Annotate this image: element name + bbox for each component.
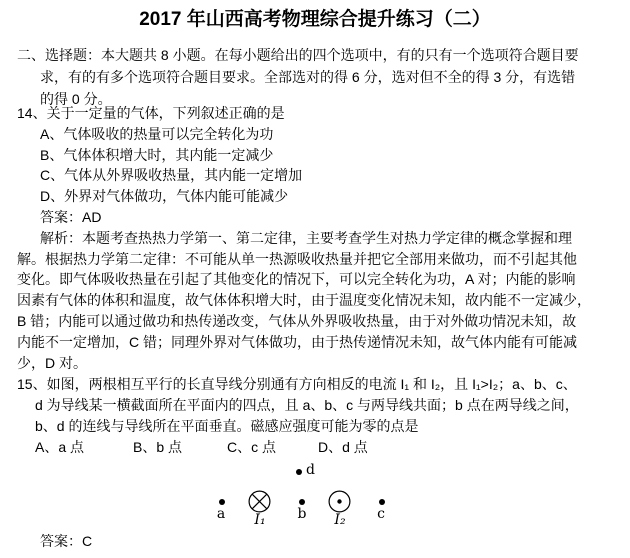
- question-15-option-b: B、b 点: [133, 437, 182, 457]
- question-15-stem-line: b、d 的连线与导线所在平面垂直。磁感应强度可能为零的点是: [0, 416, 630, 437]
- point-b-label: b: [298, 507, 307, 522]
- document-title: 2017 年山西高考物理综合提升练习（二）: [0, 6, 630, 34]
- section-instructions: 二、选择题：本大题共 8 小题。在每小题给出的四个选项中，有的只有一个选项符合题…: [0, 44, 630, 110]
- point-b-dot: [299, 499, 305, 505]
- point-d-dot: [296, 469, 302, 475]
- question-14-option-b: B、气体体积增大时，其内能一定减少: [0, 145, 630, 166]
- question-14-option-a: A、气体吸收的热量可以完全转化为功: [0, 124, 630, 145]
- current-1-label: I₁: [254, 513, 265, 528]
- question-14-answer: 答案：AD: [0, 207, 630, 228]
- exam-document-page: 2017 年山西高考物理综合提升练习（二） 二、选择题：本大题共 8 小题。在每…: [0, 0, 630, 558]
- question-14: 14、关于一定量的气体，下列叙述正确的是 A、气体吸收的热量可以完全转化为功 B…: [0, 103, 630, 373]
- point-d-label: d: [306, 463, 315, 478]
- question-15-stem-line: d 为导线某一横截面所在平面内的四点，且 a、b、c 与两导线共面；b 点在两导…: [0, 395, 630, 416]
- question-14-option-d: D、外界对气体做功，气体内能可能减少: [0, 186, 630, 207]
- question-14-analysis-line: 变化。即气体吸收热量在引起了其他变化的情况下，可以完全转化为功，A 对；内能的影…: [0, 269, 630, 290]
- point-a-label: a: [217, 507, 225, 522]
- instructions-line: 求，有的有多个选项符合题目要求。全部选对的得 6 分，选对但不全的得 3 分，有…: [0, 66, 630, 88]
- question-15-answer: 答案：C: [0, 531, 630, 552]
- question-14-option-c: C、气体从外界吸收热量，其内能一定增加: [0, 165, 630, 186]
- question-15-figure: d a I₁ b I₂ c: [0, 455, 630, 535]
- question-15-option-c: C、c 点: [227, 437, 276, 457]
- question-14-analysis-line: 内能不一定增加，C 错；同理外界对气体做功，由于热传递情况未知，故气体内能有可能…: [0, 332, 630, 353]
- question-14-analysis-line: 少，D 对。: [0, 353, 630, 374]
- question-14-analysis-line: 解析：本题考查热热力学第一、第二定律，主要考查学生对热力学定律的概念掌握和理: [0, 228, 630, 249]
- point-c-label: c: [377, 507, 385, 522]
- question-14-analysis-line: 因素有气体的体积和温度，故气体体积增大时，由于温度变化情况未知，故内能不一定减少…: [0, 290, 630, 311]
- question-15-option-a: A、a 点: [35, 437, 84, 457]
- question-14-analysis-line: 解。根据热力学第二定律：不可能从单一热源吸收热量并把它全部用来做功，而不引起其他: [0, 249, 630, 270]
- question-15-stem-line: 15、如图，两根相互平行的长直导线分别通有方向相反的电流 I₁ 和 I₂，且 I…: [0, 374, 630, 395]
- question-15-option-d: D、d 点: [318, 437, 368, 457]
- question-14-stem: 14、关于一定量的气体，下列叙述正确的是: [0, 103, 630, 124]
- point-c-dot: [379, 499, 385, 505]
- current-2-label: I₂: [334, 513, 345, 528]
- question-15-answer-block: 答案：C: [0, 531, 630, 552]
- instructions-line: 二、选择题：本大题共 8 小题。在每小题给出的四个选项中，有的只有一个选项符合题…: [0, 44, 630, 66]
- question-14-analysis-line: B 错；内能可以通过做功和热传递改变，气体从外界吸收热量，由于对外做功情况未知，…: [0, 311, 630, 332]
- point-a-dot: [219, 499, 225, 505]
- question-15: 15、如图，两根相互平行的长直导线分别通有方向相反的电流 I₁ 和 I₂，且 I…: [0, 374, 630, 458]
